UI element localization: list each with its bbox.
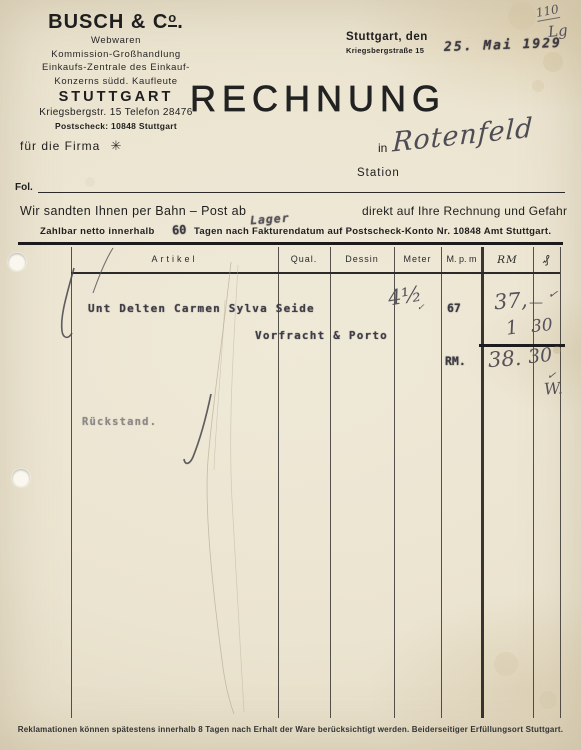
stain <box>494 652 518 676</box>
terms-prefix: Zahlbar netto innerhalb <box>40 226 155 237</box>
table-line <box>330 247 331 718</box>
row2-rm-handwritten: 1 <box>505 316 520 339</box>
row1-pf-handwritten: — <box>529 295 543 311</box>
fol-label: Fol. <box>15 182 33 193</box>
table-line-left <box>71 247 72 718</box>
letterhead-postscheck: Postscheck: 10848 Stuttgart <box>12 121 220 131</box>
letterhead-line: Konzerns südd. Kaufleute <box>12 75 220 89</box>
column-header-artikel: Artikel <box>71 254 278 264</box>
letterhead-line: Webwaren <box>12 34 220 48</box>
sent-line: Wir sandten Ihnen per Bahn – Post ab <box>20 204 246 218</box>
total-label-stamp: RM. <box>445 354 466 368</box>
row1-mpm-stamp: 67 <box>447 301 461 315</box>
table-top-rule <box>18 242 563 245</box>
place-label: Stuttgart, den <box>346 31 428 43</box>
row1-meter-checkmark: ✓ <box>417 303 425 313</box>
table-line <box>394 247 395 718</box>
paper-crease <box>207 262 234 714</box>
pencil-check-stroke <box>62 268 74 337</box>
row1-rm-handwritten: 37, <box>493 288 528 315</box>
table-line <box>278 247 279 718</box>
letterhead: BUSCH & Co. Webwaren Kommission-Großhand… <box>12 10 220 154</box>
header-underline <box>71 272 560 274</box>
row2-artikel: Vorfracht & Porto <box>255 329 388 342</box>
hole-punch-top <box>8 253 26 271</box>
table-line <box>441 247 442 718</box>
terms-suffix: Tagen nach Fakturendatum auf Postscheck-… <box>194 226 551 237</box>
stain <box>508 2 536 30</box>
row1-checkmark: ✓ <box>547 286 559 301</box>
stain <box>539 691 557 709</box>
letterhead-line: Kommission-Großhandlung <box>12 48 220 62</box>
stain <box>85 177 95 187</box>
pencil-hook-stroke <box>184 394 211 463</box>
column-header-dessin: Dessin <box>330 254 394 264</box>
hole-punch-bottom <box>12 469 30 487</box>
table-line-amount <box>481 247 484 718</box>
stain <box>543 52 563 72</box>
pencil-number: 110 <box>535 2 560 22</box>
total-rm-handwritten: 38. <box>487 346 522 372</box>
street-label: Kriegsbergstraße 15 <box>346 46 424 55</box>
via-stamp: Lager <box>250 211 291 228</box>
letterhead-address: Kriegsbergstr. 15 Telefon 28476 <box>12 107 220 118</box>
fol-rule <box>38 192 565 193</box>
invoice-page: BUSCH & Co. Webwaren Kommission-Großhand… <box>0 0 581 750</box>
column-header-qual: Qual. <box>278 254 330 264</box>
page-title: RECHNUNG <box>190 78 446 120</box>
total-rule <box>479 344 565 347</box>
column-header-pfennig: ₰ <box>533 254 560 266</box>
approval-initial-handwritten: W. <box>543 378 563 398</box>
station-label: Station <box>357 167 400 179</box>
letterhead-line: Einkaufs-Zentrale des Einkauf- <box>12 61 220 75</box>
row2-pf-handwritten: 30 <box>530 315 554 337</box>
row1-artikel: Unt Delten Carmen Sylva Seide <box>88 302 315 315</box>
direct-line: direkt auf Ihre Rechnung und Gefahr <box>362 204 567 218</box>
column-header-rm: RM <box>482 254 533 266</box>
table-line-right <box>560 247 561 718</box>
backorder-note: Rückstand. <box>82 416 157 428</box>
column-header-meter: Meter <box>394 254 441 264</box>
letterhead-city: STUTTGART <box>12 89 220 105</box>
footer-fine-print: Reklamationen können spätestens innerhal… <box>0 725 581 734</box>
date-stamp: 25. Mai 1929 <box>444 36 562 55</box>
total-pf-handwritten: 30 <box>527 344 553 368</box>
column-header-mpm: M. p. m <box>441 254 482 264</box>
stain <box>532 80 544 92</box>
paper-crease <box>231 265 244 712</box>
firm-label: für die Firma <box>20 139 100 153</box>
company-name: BUSCH & Co. <box>12 10 220 34</box>
in-label: in <box>378 141 387 155</box>
terms-days-stamp: 60 <box>172 223 187 238</box>
paper-crease <box>214 300 225 470</box>
